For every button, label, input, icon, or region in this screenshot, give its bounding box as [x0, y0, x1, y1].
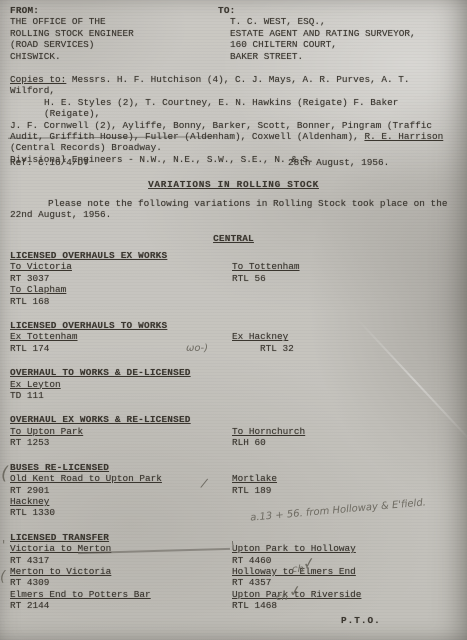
- section-heading: LICENSED OVERHAULS EX WORKS: [10, 250, 460, 261]
- fleet-number: RTL 168: [10, 296, 232, 307]
- intro-line-2: 22nd August, 1956.: [10, 209, 460, 220]
- route-name: To Clapham: [10, 284, 232, 295]
- section-overhaul-to-works-delicensed: OVERHAUL TO WORKS & DE-LICENSED Ex Leyto…: [10, 367, 460, 401]
- scanned-memo-page: FROM: THE OFFICE OF THE ROLLING STOCK EN…: [0, 0, 467, 640]
- route-name: To Hornchurch: [232, 426, 305, 437]
- route-entry: To Tottenham RTL 56: [232, 261, 300, 284]
- route-entry: To Upton Park RT 1253: [10, 426, 232, 449]
- route-name: To Tottenham: [232, 261, 300, 272]
- date: 28th August, 1956.: [288, 157, 389, 168]
- route-entry: Victoria to Merton RT 4317: [10, 543, 232, 566]
- route-entry: Hackney RTL 1330: [10, 496, 232, 519]
- section-left-column: To Victoria RT 3037 To Clapham RTL 168: [10, 261, 232, 307]
- region-heading-text: CENTRAL: [213, 233, 254, 244]
- section-licensed-overhauls-ex-works: LICENSED OVERHAULS EX WORKS To Victoria …: [10, 250, 460, 307]
- intro-paragraph: Please note the following variations in …: [10, 198, 460, 221]
- section-left-column: Old Kent Road to Upton Park RT 2901 Hack…: [10, 473, 232, 519]
- harrison-underlined: R. E. Harrison: [364, 131, 443, 142]
- copies-line-1: Copies to: Messrs. H. F. Hutchison (4), …: [10, 74, 460, 97]
- copies-line-5: (Central Records) Broadway.: [10, 142, 460, 153]
- from-line: ROLLING STOCK ENGINEER: [10, 28, 210, 39]
- route-entry: To Clapham RTL 168: [10, 284, 232, 307]
- route-name: Hackney: [10, 496, 232, 507]
- route-name: Old Kent Road to Upton Park: [10, 473, 232, 484]
- pto-label: P.T.O.: [341, 615, 381, 626]
- route-name: Ex Tottenham: [10, 331, 232, 342]
- route-entry: Ex Hackney RTL 32: [232, 331, 294, 354]
- section-right-column: Upton Park to Holloway RT 4460 Holloway …: [232, 543, 361, 611]
- pencil-check-icon: ✓: [302, 557, 316, 570]
- copies-label: Copies to:: [10, 74, 66, 85]
- fleet-number: RT 3037: [10, 273, 232, 284]
- copies-line-3: J. F. Cornwell (2), Ayliffe, Bonny, Bark…: [10, 120, 460, 131]
- pencil-paren-buses: (: [1, 468, 8, 479]
- handwritten-mark-hackney: ωo-): [186, 343, 208, 354]
- doc-title-text: VARIATIONS IN ROLLING STOCK: [148, 179, 319, 190]
- fleet-number: RT 4309: [10, 577, 232, 588]
- pencil-paren-transfer: (: [0, 572, 5, 583]
- from-address: FROM: THE OFFICE OF THE ROLLING STOCK EN…: [10, 5, 210, 62]
- section-heading: LICENSED TRANSFER: [10, 532, 460, 543]
- route-entry: Ex Leyton TD 111: [10, 379, 232, 402]
- section-left-column: Victoria to Merton RT 4317 Merton to Vic…: [10, 543, 232, 611]
- section-heading: LICENSED OVERHAULS TO WORKS: [10, 320, 460, 331]
- route-name: Mortlake: [232, 473, 277, 484]
- route-name: To Victoria: [10, 261, 232, 272]
- route-entry: Upton Park to Holloway RT 4460: [232, 543, 361, 566]
- route-entry: Elmers End to Potters Bar RT 2144: [10, 589, 232, 612]
- fleet-number: RT 2901: [10, 485, 232, 496]
- from-line: THE OFFICE OF THE: [10, 16, 210, 27]
- fleet-number: RTL 1468: [232, 600, 361, 611]
- section-heading: BUSES RE-LICENSED: [10, 462, 460, 473]
- route-name: Upton Park to Holloway: [232, 543, 361, 554]
- section-left-column: Ex Leyton TD 111: [10, 379, 232, 402]
- sections-container: LICENSED OVERHAULS EX WORKS To Victoria …: [10, 250, 460, 625]
- section-right-column: To Hornchurch RLH 60: [232, 426, 305, 449]
- ref-number: Ref. C.16/4/DT: [10, 157, 89, 168]
- section-right-column: To Tottenham RTL 56: [232, 261, 300, 307]
- copies-list: Copies to: Messrs. H. F. Hutchison (4), …: [10, 74, 460, 165]
- to-line: T. C. WEST, ESQ.,: [230, 16, 463, 27]
- from-line: (ROAD SERVICES): [10, 39, 210, 50]
- region-heading: CENTRAL: [0, 233, 467, 244]
- pencil-check-icon: ✓: [288, 585, 302, 598]
- fleet-number: RLH 60: [232, 437, 305, 448]
- route-entry: Merton to Victoria RT 4309: [10, 566, 232, 589]
- copies-text: Messrs. H. F. Hutchison (4), C. J. Mays,…: [10, 74, 409, 96]
- section-overhaul-ex-works-relicensed: OVERHAUL EX WORKS & RE-LICENSED To Upton…: [10, 414, 460, 448]
- route-entry: Mortlake RTL 189: [232, 473, 277, 496]
- to-line: 160 CHILTERN COURT,: [230, 39, 463, 50]
- route-name: To Upton Park: [10, 426, 232, 437]
- section-licensed-transfer: LICENSED TRANSFER Victoria to Merton RT …: [10, 532, 460, 612]
- route-name: Merton to Victoria: [10, 566, 232, 577]
- section-right-column: Ex Hackney RTL 32: [232, 331, 294, 354]
- fleet-number: RTL 189: [232, 485, 277, 496]
- fleet-number: TD 111: [10, 390, 232, 401]
- route-entry: Old Kent Road to Upton Park RT 2901: [10, 473, 232, 496]
- handwritten-slash-upton: \: [231, 540, 235, 551]
- pencil-tick-transfer: ': [2, 540, 5, 551]
- route-entry: To Victoria RT 3037: [10, 261, 232, 284]
- from-label: FROM:: [10, 5, 210, 16]
- to-line: ESTATE AGENT AND RATING SURVEYOR,: [230, 28, 463, 39]
- handwritten-ch-1: ch: [292, 564, 304, 575]
- route-name: Ex Hackney: [232, 331, 294, 342]
- fleet-number: RT 4317: [10, 555, 232, 566]
- from-line: CHISWICK.: [10, 51, 210, 62]
- fleet-number: RTL 56: [232, 273, 300, 284]
- to-label: TO:: [218, 5, 463, 16]
- section-left-column: To Upton Park RT 1253: [10, 426, 232, 449]
- section-heading: OVERHAUL EX WORKS & RE-LICENSED: [10, 414, 460, 425]
- fleet-number: RTL 32: [260, 343, 294, 354]
- copies-line-2: H. E. Styles (2), T. Courtney, E. N. Haw…: [44, 97, 460, 120]
- fleet-number: RT 2144: [10, 600, 232, 611]
- route-name: Ex Leyton: [10, 379, 232, 390]
- handwritten-ch-2: ch: [276, 592, 288, 603]
- fleet-number: RT 1253: [10, 437, 232, 448]
- section-licensed-overhauls-to-works: LICENSED OVERHAULS TO WORKS Ex Tottenham…: [10, 320, 460, 354]
- ref-row: Ref. C.16/4/DT 28th August, 1956.: [10, 157, 457, 168]
- fleet-number: RTL 1330: [10, 507, 232, 518]
- to-line: BAKER STREET.: [230, 51, 463, 62]
- route-entry: To Hornchurch RLH 60: [232, 426, 305, 449]
- section-heading: OVERHAUL TO WORKS & DE-LICENSED: [10, 367, 460, 378]
- intro-line-1: Please note the following variations in …: [10, 198, 460, 209]
- route-name: Elmers End to Potters Bar: [10, 589, 232, 600]
- doc-title: VARIATIONS IN ROLLING STOCK: [0, 179, 467, 190]
- to-address: TO: T. C. WEST, ESQ., ESTATE AGENT AND R…: [218, 5, 463, 62]
